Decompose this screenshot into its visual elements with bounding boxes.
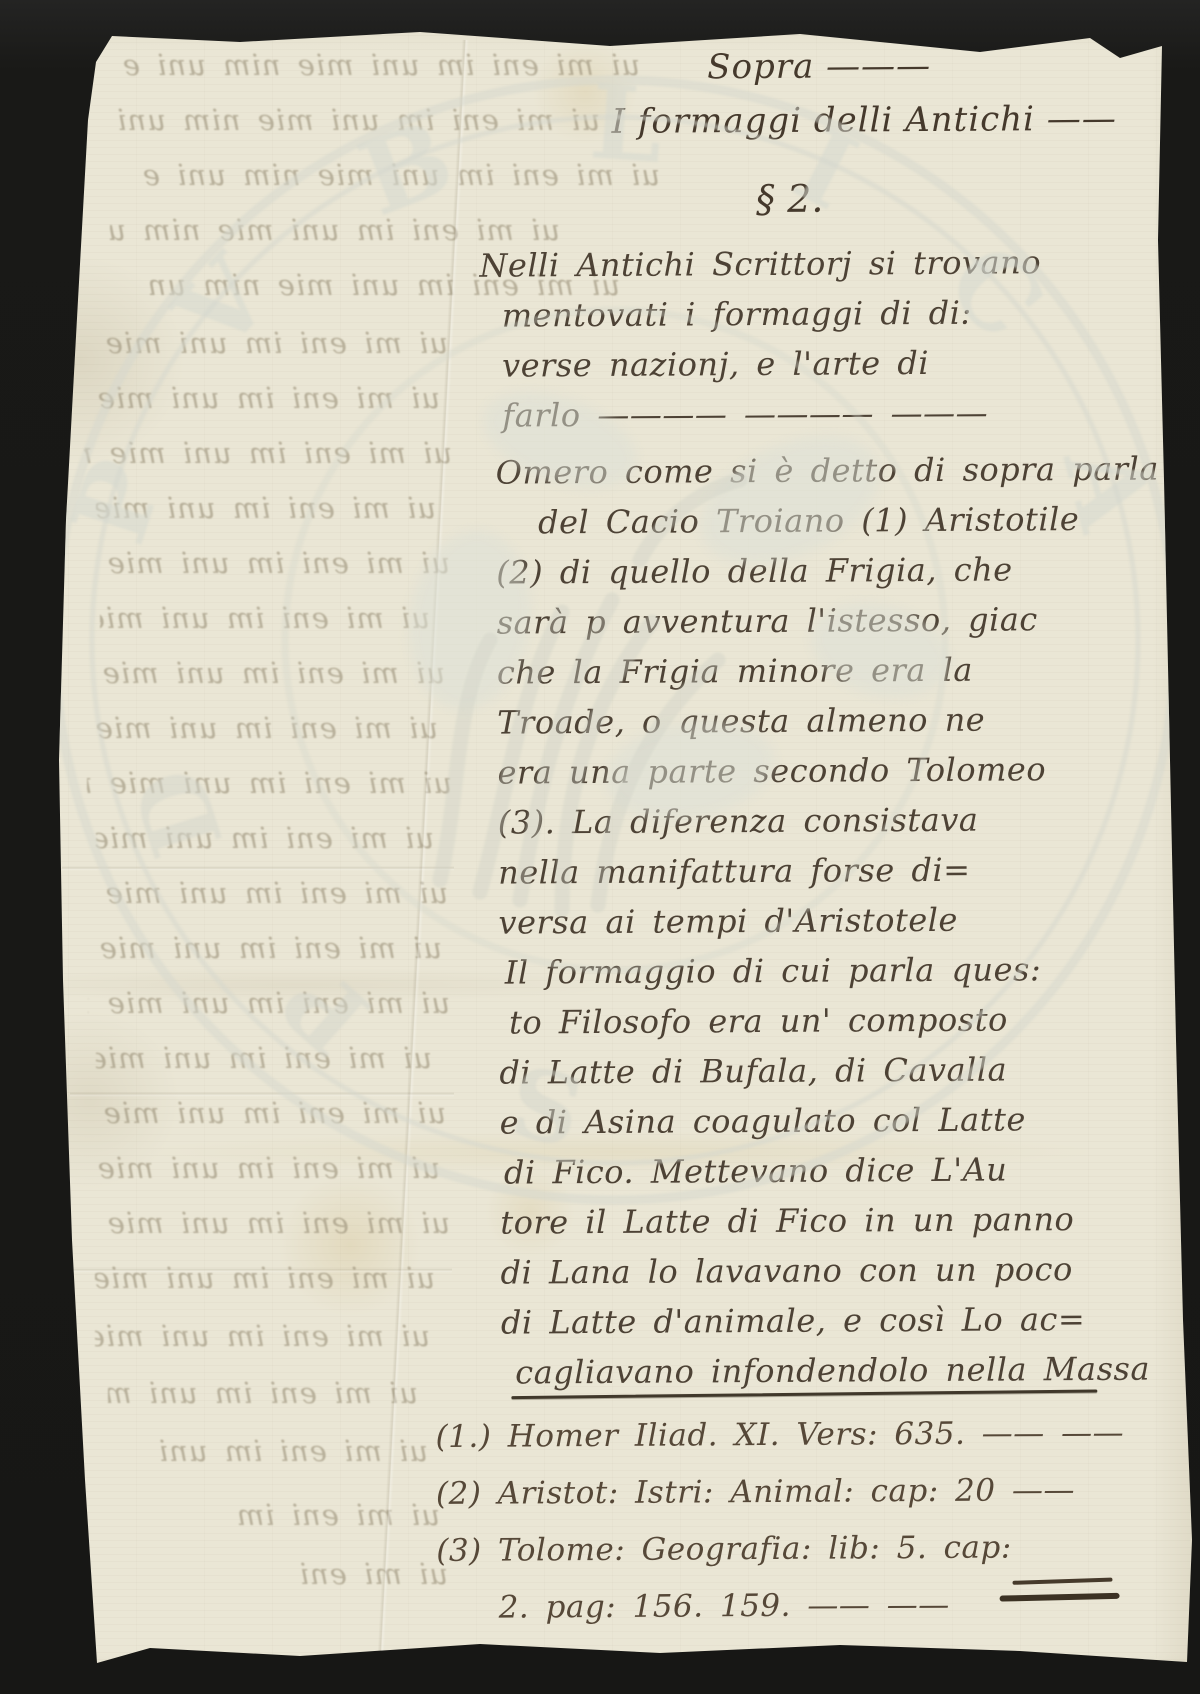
manuscript-line: nella manifattura forse di=: [498, 844, 1148, 898]
manuscript-line: sarà p avventura l'istesso, giac: [496, 594, 1146, 648]
title-sopra: Sopra ———: [707, 46, 931, 87]
section-mark: § 2.: [756, 177, 824, 221]
manuscript-line: che la Frigia minore era la: [497, 644, 1147, 698]
manuscript-line: tore il Latte di Fico in un panno: [500, 1194, 1150, 1248]
manuscript-line: Nelli Antichi Scrittorj si trovano: [479, 237, 1119, 291]
manuscript-line: di Latte di Bufala, di Cavalla: [499, 1044, 1149, 1098]
manuscript-line: (2) di quello della Frigia, che: [496, 544, 1146, 598]
manuscript-line: di Lana lo lavavano con un poco: [500, 1244, 1150, 1298]
footnote: (1.) Homer Iliad. XI. Vers: 635. —— ——: [435, 1405, 1135, 1466]
footnote: (3) Tolome: Geografia: lib: 5. cap:: [436, 1519, 1136, 1580]
manuscript-line: farlo ———— ———— ———: [502, 387, 1120, 441]
manuscript-paper: ui mi eni im uni mie nim uni emi unim ei…: [0, 0, 1200, 1694]
footnote: (2) Aristot: Istri: Animal: cap: 20 ——: [436, 1462, 1136, 1523]
title-subject: I formaggi delli Antichi ——: [611, 99, 1116, 142]
body-paragraph-1: Nelli Antichi Scrittorj si trovano mento…: [479, 237, 1120, 441]
manuscript-line: to Filosofo era un' composto: [509, 994, 1149, 1048]
manuscript-line: Troade, o questa almeno ne: [497, 694, 1147, 748]
manuscript-line: mentovati i formaggi di di:: [502, 287, 1120, 341]
footnotes: (1.) Homer Iliad. XI. Vers: 635. —— —— (…: [435, 1405, 1136, 1637]
manuscript-line: versa ai tempi d'Aristotele: [498, 894, 1148, 948]
manuscript-line: verse nazionj, e l'arte di: [502, 337, 1120, 391]
manuscript-line: (3). La diferenza consistava: [498, 794, 1148, 848]
footnote: 2. pag: 156. 159. —— ——: [498, 1576, 1136, 1637]
body-paragraph-2: Omero come si è detto di sopra parla del…: [496, 444, 1152, 1398]
manuscript-line: e di Asina coagulato col Latte: [500, 1094, 1150, 1148]
manuscript-line: del Cacio Troiano (1) Aristotile: [538, 494, 1146, 548]
recto-text-layer: Sopra ——— I formaggi delli Antichi —— § …: [0, 0, 1200, 1694]
manuscript-line: di Latte d'animale, e così Lo ac=: [501, 1294, 1151, 1348]
manuscript-line: Omero come si è detto di sopra parla: [496, 444, 1146, 498]
manuscript-line: Il formaggio di cui parla ques:: [505, 944, 1149, 998]
manuscript-line: era una parte secondo Tolomeo: [497, 744, 1147, 798]
manuscript-line: di Fico. Mettevano dice L'Au: [504, 1144, 1150, 1198]
scanned-page: ui mi eni im uni mie nim uni emi unim ei…: [0, 0, 1200, 1694]
